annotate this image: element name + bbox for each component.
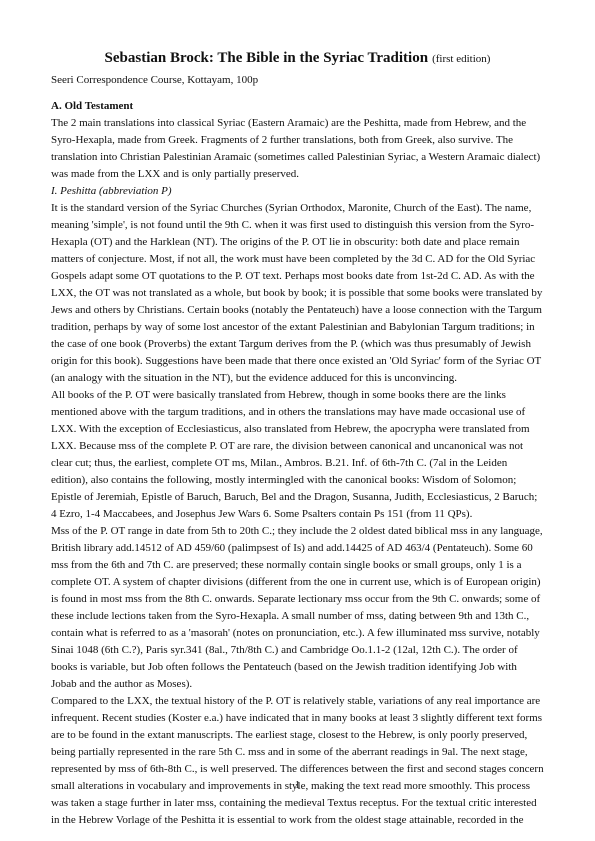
text-line: origin for this book). Suggestions have … (51, 353, 551, 370)
text-line: meaning 'simple', is not found until the… (51, 217, 551, 234)
title-edition-note: (first edition) (432, 53, 490, 65)
text-line: Sinai 1048 (6th C.?), Paris syr.341 (8al… (51, 642, 551, 659)
text-line: British library add.14512 of AD 459/60 (… (51, 540, 551, 557)
text-line: mentioned above with the targum traditio… (51, 404, 551, 421)
text-line: Jews and others by Christians. Certain b… (51, 302, 551, 319)
text-line: the case of one book (Proverbs) the exta… (51, 336, 551, 353)
text-line: tradition, perhaps by way of some lost a… (51, 319, 551, 336)
text-line: contain what is referred to as a 'masora… (51, 625, 551, 642)
paragraph-origins: It is the standard version of the Syriac… (51, 200, 551, 387)
text-line: Syro-Hexapla, made from Greek. Fragments… (51, 132, 551, 149)
text-line: Mss of the P. OT range in date from 5th … (51, 523, 551, 540)
text-line: It is the standard version of the Syriac… (51, 200, 551, 217)
section-heading-old-testament: A. Old Testament (51, 98, 551, 115)
document-page: Sebastian Brock: The Bible in the Syriac… (0, 0, 595, 841)
text-line: (an analogy with the situation in the NT… (51, 370, 551, 387)
text-line: LXX. Because mss of the complete P. OT a… (51, 438, 551, 455)
text-line: these include lections taken from the Sy… (51, 608, 551, 625)
intro-paragraph: The 2 main translations into classical S… (51, 115, 551, 183)
text-line: 4 Ezro, 1-4 Maccabees, and Josephus Jew … (51, 506, 551, 523)
title-main: Sebastian Brock: The Bible in the Syriac… (105, 50, 429, 66)
text-line: translation into Christian Palestinian A… (51, 149, 551, 166)
publication-info: Seeri Correspondence Course, Kottayam, 1… (51, 74, 258, 86)
paragraph-translation-sources: All books of the P. OT were basically tr… (51, 387, 551, 523)
text-line: Compared to the LXX, the textual history… (51, 693, 551, 710)
subsection-heading-peshitta: I. Peshitta (abbreviation P) (51, 183, 551, 200)
text-line: books is variable, but Job often follows… (51, 659, 551, 676)
text-line: The 2 main translations into classical S… (51, 115, 551, 132)
text-line: is found in most mss from the 8th C. onw… (51, 591, 551, 608)
paragraph-textual-history: Compared to the LXX, the textual history… (51, 693, 551, 829)
text-line: matters of conjecture. Most, if not all,… (51, 251, 551, 268)
text-line: All books of the P. OT were basically tr… (51, 387, 551, 404)
text-line: was taken a stage further in later mss, … (51, 795, 551, 812)
text-line: Epistle of Jeremiah, Epistle of Baruch, … (51, 489, 551, 506)
text-line: in the Hebrew Vorlage of the Peshitta it… (51, 812, 551, 829)
text-line: are to be found in the extant manuscript… (51, 727, 551, 744)
paragraph-manuscripts: Mss of the P. OT range in date from 5th … (51, 523, 551, 693)
document-title: Sebastian Brock: The Bible in the Syriac… (0, 49, 595, 67)
text-line: LXX, the OT was not translated as a whol… (51, 285, 551, 302)
text-line: clear cut; thus, the earliest, complete … (51, 455, 551, 472)
document-body: A. Old Testament The 2 main translations… (51, 98, 551, 829)
text-line: Gospels adapt some OT quotations to the … (51, 268, 551, 285)
text-line: LXX. With the exception of Ecclesiasticu… (51, 421, 551, 438)
text-line: being partially represented in the rare … (51, 744, 551, 761)
text-line: edition), also contains the following, m… (51, 472, 551, 489)
text-line: mss from the 6th and 7th C. are preserve… (51, 557, 551, 574)
text-line: complete OT. A system of chapter divisio… (51, 574, 551, 591)
text-line: was made from the LXX and is only partia… (51, 166, 551, 183)
text-line: represented by mss of 6th-8th C., is wel… (51, 761, 551, 778)
page-number: 1 (0, 779, 595, 791)
text-line: Hexapla (OT) and the Harklean (NT). The … (51, 234, 551, 251)
text-line: infrequent. Recent studies (Koster e.a.)… (51, 710, 551, 727)
text-line: Jobab and the author as Moses). (51, 676, 551, 693)
